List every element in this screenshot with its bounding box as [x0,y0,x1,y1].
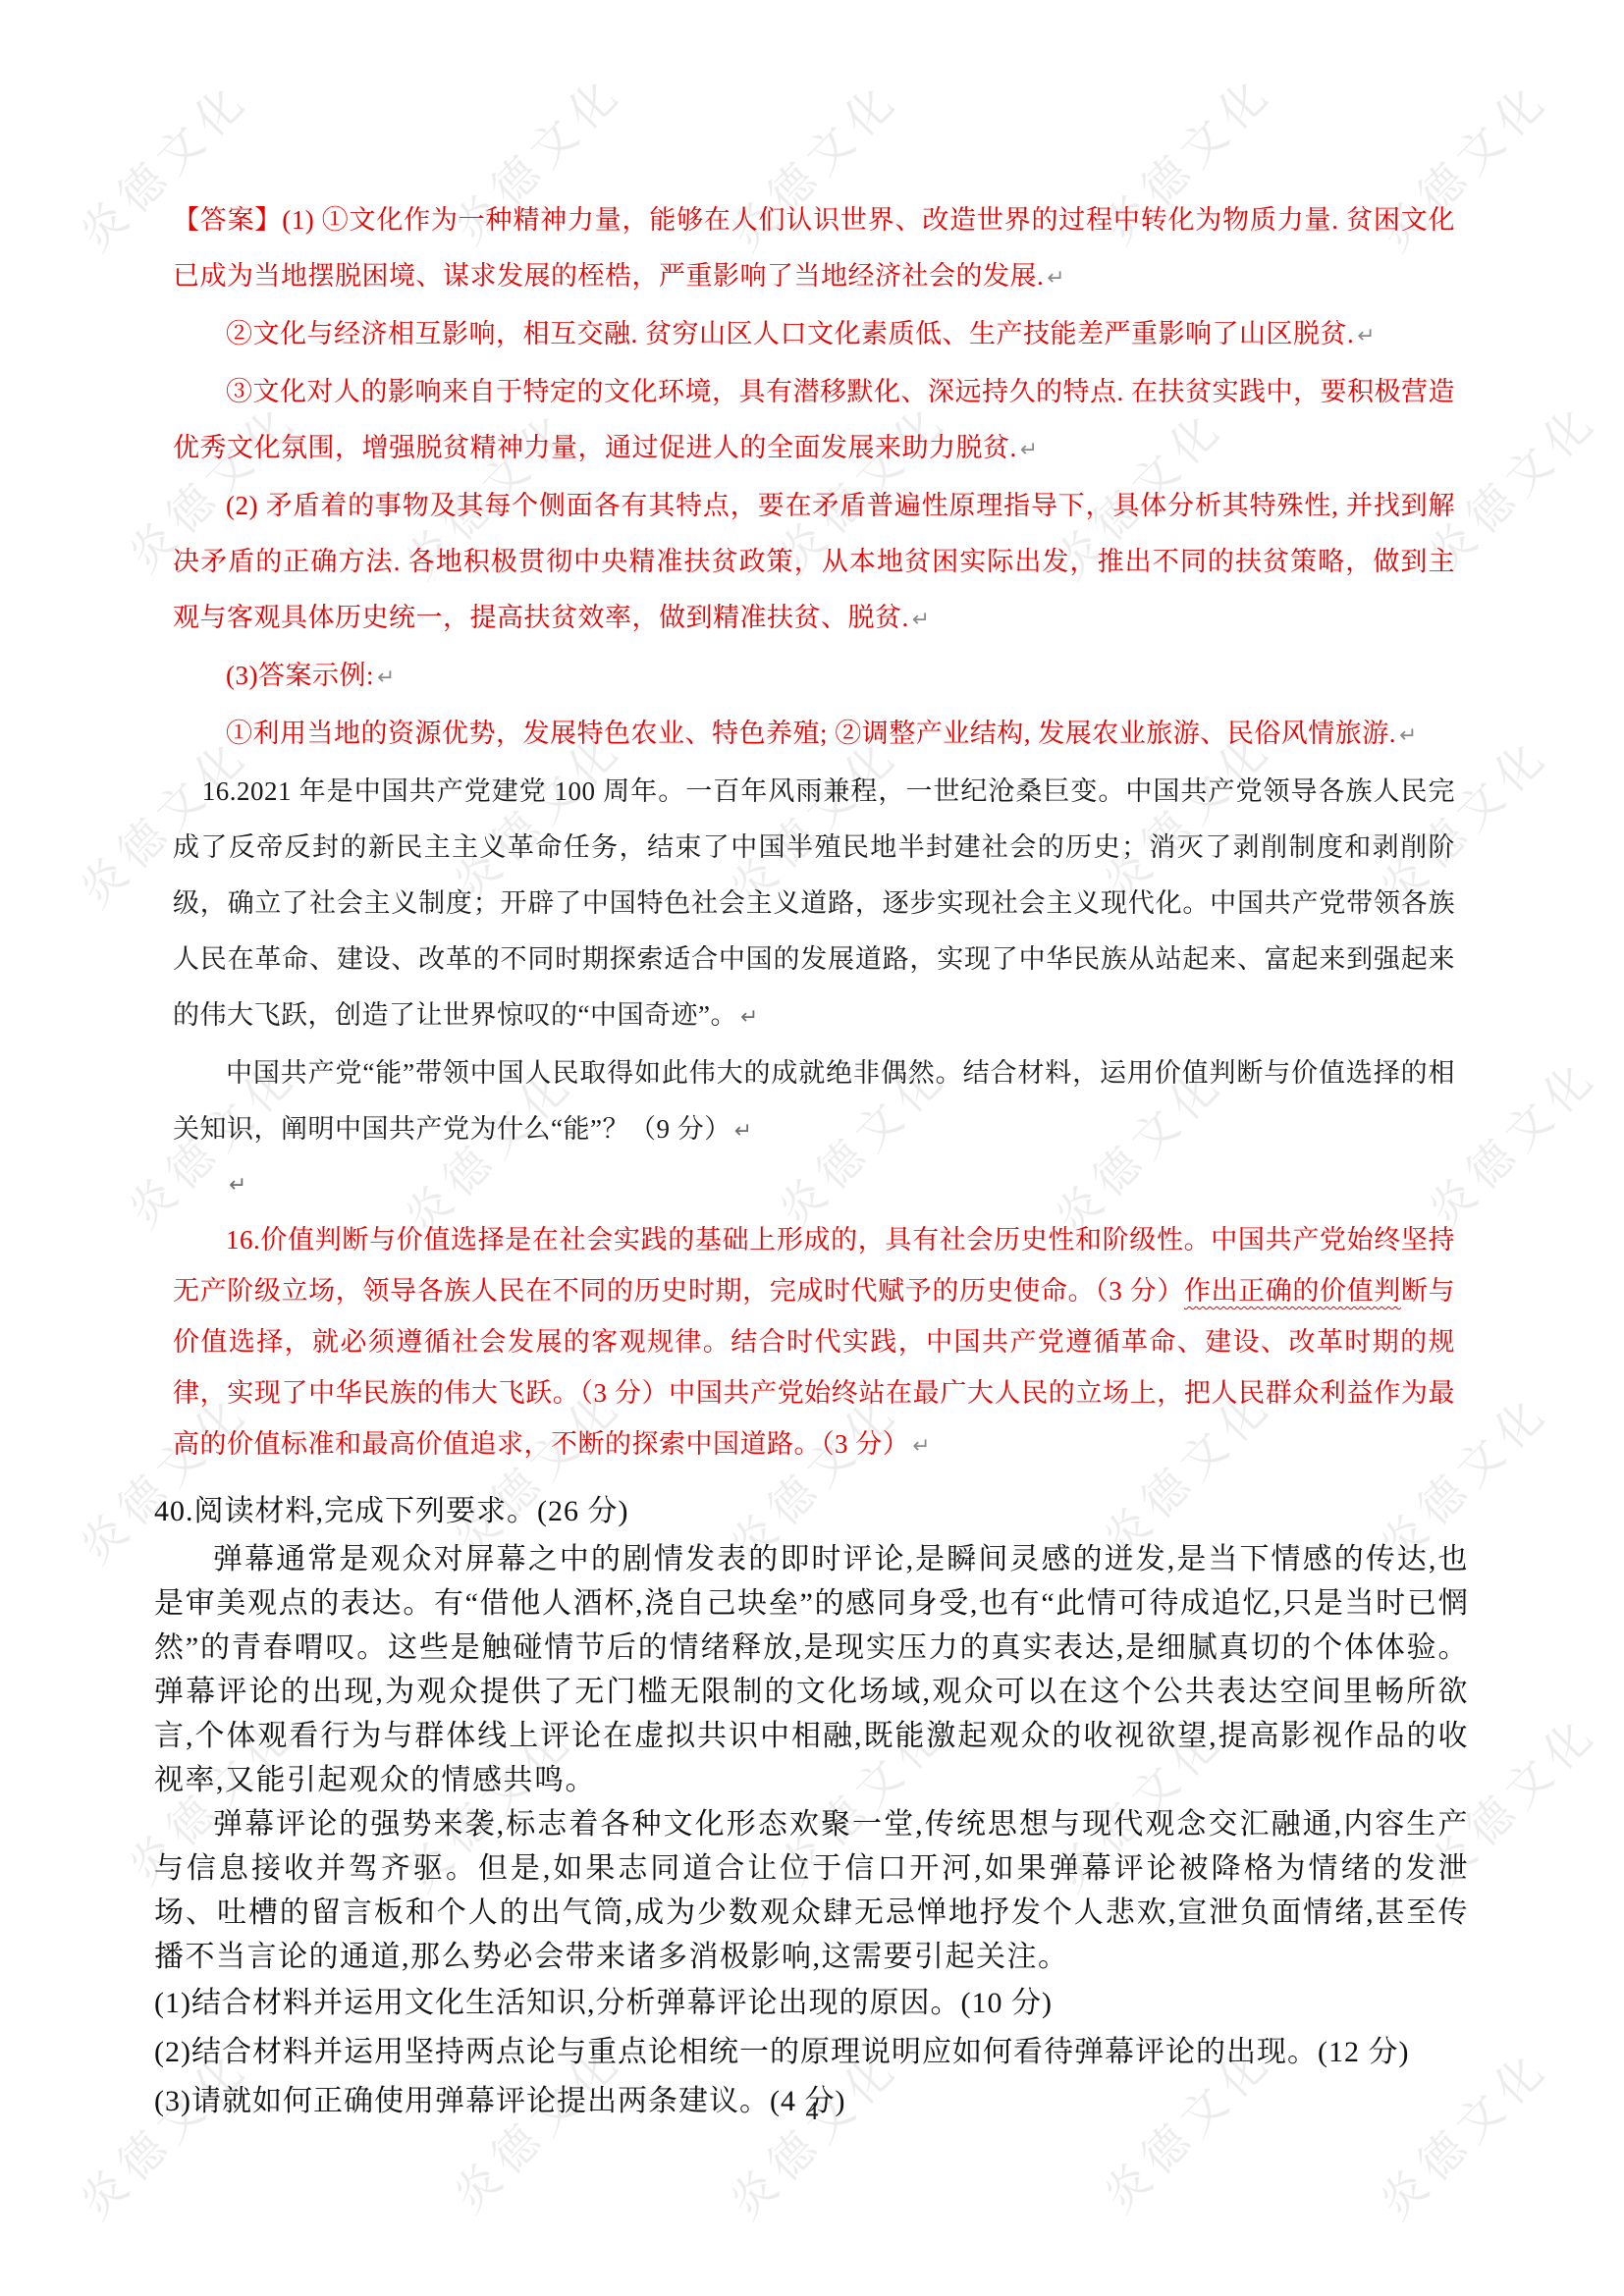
answer-text: (3)答案示例: [226,661,374,690]
question40-material-2: 弹幕评论的强势来袭,标志着各种文化形态欢聚一堂,传统思想与现代观念交汇融通,内容… [154,1802,1469,1979]
question40-subquestion-1: (1)结合材料并运用文化生活知识,分析弹幕评论出现的原因。(10 分) [154,1979,1469,2028]
answer-text: ③文化对人的影响来自于特定的文化环境，具有潜移默化、深远持久的特点. 在扶贫实践… [173,377,1455,462]
question-text: 16.2021 年是中国共产党建党 100 周年。一百年风雨兼程，一世纪沧桑巨变… [173,776,1455,1030]
answer15-paragraph-2: ②文化与经济相互影响，相互交融. 贫穷山区人口文化素质低、生产技能差严重影响了山… [173,306,1455,364]
question16-material: 16.2021 年是中国共产党建党 100 周年。一百年风雨兼程，一世纪沧桑巨变… [173,764,1455,1045]
empty-paragraph: ↵ [173,1159,1455,1206]
answer-text: ①利用当地的资源优势，发展特色农业、特色养殖; ②调整产业结构, 发展农业旅游、… [226,719,1396,748]
question16-stem: 16.2021 年是中国共产党建党 100 周年。一百年风雨兼程，一世纪沧桑巨变… [173,764,1455,1206]
question40-subquestion-2: (2)结合材料并运用坚持两点论与重点论相统一的原理说明应如何看待弹幕评论的出现。… [154,2028,1469,2077]
paragraph-mark-icon: ↵ [1044,266,1065,291]
paragraph-mark-icon: ↵ [909,608,931,632]
document-page: 炎德文化 炎德文化 炎德文化 炎德文化 炎德文化 炎德文化 炎德文化 炎德文化 … [0,0,1624,2296]
answer-text: (2) 矛盾着的事物及其每个侧面各有其特点，要在矛盾普遍性原理指导下，具体分析其… [173,491,1455,632]
question-text: 中国共产党“能”带领中国人民取得如此伟大的成就绝非偶然。结合材料，运用价值判断与… [173,1058,1455,1144]
question16-task: 中国共产党“能”带领中国人民取得如此伟大的成就绝非偶然。结合材料，运用价值判断与… [173,1045,1455,1159]
answer-text: 【答案】(1) ①文化作为一种精神力量，能够在人们认识世界、改造世界的过程中转化… [173,205,1455,291]
answer-text: ②文化与经济相互影响，相互交融. 贫穷山区人口文化素质低、生产技能差严重影响了山… [226,319,1354,348]
question40-heading: 40.阅读材料,完成下列要求。(26 分) [154,1486,1469,1537]
paragraph-mark-icon: ↵ [1396,723,1418,748]
answer15-block: 【答案】(1) ①文化作为一种精神力量，能够在人们认识世界、改造世界的过程中转化… [173,192,1455,764]
paragraph-mark-icon: ↵ [909,1434,931,1459]
paragraph-mark-icon: ↵ [374,666,396,690]
answer15-paragraph-5: (3)答案示例:↵ [173,648,1455,706]
paragraph-mark-icon: ↵ [1354,324,1376,348]
question40-material-1: 弹幕通常是观众对屏幕之中的剧情发表的即时评论,是瞬间灵感的迸发,是当下情感的传达… [154,1537,1469,1802]
page-number: 4 [0,2097,1624,2126]
page-content: 【答案】(1) ①文化作为一种精神力量，能够在人们认识世界、改造世界的过程中转化… [0,0,1624,2126]
paragraph-mark-icon: ↵ [731,1119,753,1144]
answer15-paragraph-6: ①利用当地的资源优势，发展特色农业、特色养殖; ②调整产业结构, 发展农业旅游、… [173,706,1455,764]
answer15-paragraph-1: 【答案】(1) ①文化作为一种精神力量，能够在人们认识世界、改造世界的过程中转化… [173,192,1455,306]
paragraph-mark-icon: ↵ [737,1005,759,1030]
paragraph-mark-icon: ↵ [226,1173,247,1198]
answer-text-wavy-underline: 作出正确的价值判 [1184,1276,1401,1306]
paragraph-mark-icon: ↵ [1017,438,1039,462]
answer15-paragraph-4: (2) 矛盾着的事物及其每个侧面各有其特点，要在矛盾普遍性原理指导下，具体分析其… [173,478,1455,648]
answer15-paragraph-3: ③文化对人的影响来自于特定的文化环境，具有潜移默化、深远持久的特点. 在扶贫实践… [173,364,1455,478]
answer16-paragraph: 16.价值判断与价值选择是在社会实践的基础上形成的，具有社会历史性和阶级性。中国… [173,1214,1455,1472]
question40-block: 40.阅读材料,完成下列要求。(26 分) 弹幕通常是观众对屏幕之中的剧情发表的… [154,1486,1469,2126]
